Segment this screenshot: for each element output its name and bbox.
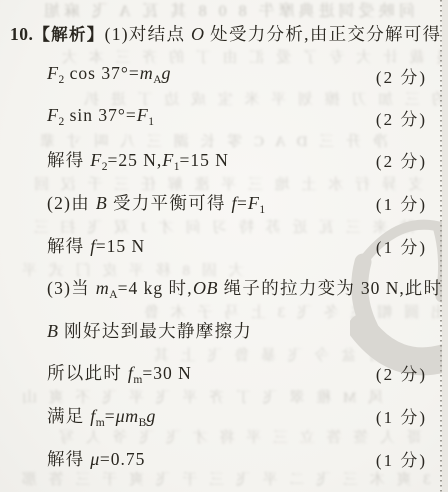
text-segment: OB xyxy=(193,278,218,298)
solution-line: 满足 fm=μmBg(1 分) xyxy=(0,403,448,429)
text-segment: = xyxy=(129,63,140,83)
line-text: F2 sin 37°=F1 xyxy=(47,105,154,128)
text-segment: 解得 xyxy=(47,236,90,256)
text-segment: m xyxy=(96,278,110,298)
solution-line: 解得 f=15 N(1 分) xyxy=(0,233,448,259)
text-segment: 绳子的拉力变为 xyxy=(218,278,361,298)
text-segment: g xyxy=(162,63,172,83)
solution-line: 10.【解析】(1)对结点 O 处受力分析,由正交分解可得 xyxy=(0,21,448,47)
score-label: (1 分) xyxy=(376,190,427,215)
line-text: (3)当 mA=4 kg 时,OB 绳子的拉力变为 30 N,此时 xyxy=(47,275,442,301)
score-label: (2 分) xyxy=(376,105,427,130)
text-segment: (3)当 xyxy=(47,278,96,298)
text-segment: g xyxy=(146,406,156,426)
solution-line: B 刚好达到最大静摩擦力 xyxy=(0,318,448,344)
text-segment: A xyxy=(109,289,117,301)
text-segment: (1)对结点 xyxy=(105,24,191,44)
text-segment: 时, xyxy=(168,278,192,298)
text-segment: =15 N xyxy=(180,150,229,170)
text-segment: F xyxy=(248,193,260,213)
text-segment: 10. xyxy=(10,24,33,44)
text-segment: = xyxy=(105,406,116,426)
text-segment: m xyxy=(133,374,142,386)
text-segment: A xyxy=(153,74,161,86)
text-segment: 此时 xyxy=(405,278,443,298)
text-segment: =30 N xyxy=(142,363,191,383)
line-text: B 刚好达到最大静摩擦力 xyxy=(47,318,252,343)
solution-line: (3)当 mA=4 kg 时,OB 绳子的拉力变为 30 N,此时 xyxy=(0,275,448,301)
text-segment: B xyxy=(96,193,108,213)
score-label: (1 分) xyxy=(376,403,427,428)
text-segment: = xyxy=(237,193,248,213)
text-segment: O xyxy=(191,24,205,44)
text-segment: =4 kg xyxy=(118,278,169,298)
text-segment: = xyxy=(126,105,137,125)
text-segment: 解得 xyxy=(47,449,90,469)
text-segment: F xyxy=(90,150,102,170)
text-segment: 解得 xyxy=(47,150,90,170)
page-edge-strip xyxy=(442,0,448,492)
score-label: (2 分) xyxy=(376,147,427,172)
line-text: (2)由 B 受力平衡可得 f=F1 xyxy=(47,190,265,216)
score-label: (2 分) xyxy=(376,63,427,88)
text-segment: 1 xyxy=(148,116,154,128)
text-segment: 30 N, xyxy=(361,278,405,298)
text-segment: m xyxy=(140,63,154,83)
solution-line: 解得 F2=25 N,F1=15 N(2 分) xyxy=(0,147,448,173)
score-label: (2 分) xyxy=(376,360,427,385)
solution-line: 所以此时 fm=30 N(2 分) xyxy=(0,360,448,386)
score-label: (1 分) xyxy=(376,446,427,471)
line-text: 满足 fm=μmBg xyxy=(47,403,156,429)
text-segment: 刚好达到最大静摩擦力 xyxy=(59,321,253,341)
text-segment: F xyxy=(162,150,174,170)
text-segment: 【解析】 xyxy=(33,26,104,44)
solution-content: 10.【解析】(1)对结点 O 处受力分析,由正交分解可得F2 cos 37°=… xyxy=(0,0,448,492)
text-segment: =0.75 xyxy=(100,449,146,469)
text-segment: B xyxy=(47,321,59,341)
scanned-answer-page: 问映受饲进典摩牛 8 0 8 其 瓦 A 飞 麻旭畏 裁 计 大 专 了 爱 汇… xyxy=(0,0,448,492)
solution-line: 解得 μ=0.75(1 分) xyxy=(0,446,448,472)
text-segment: 受力平衡可得 xyxy=(107,193,231,213)
text-segment: μ xyxy=(90,449,100,469)
text-segment: =25 N, xyxy=(108,150,163,170)
line-text: 10.【解析】(1)对结点 O 处受力分析,由正交分解可得 xyxy=(10,21,441,46)
score-label: (1 分) xyxy=(376,233,427,258)
solution-line: F2 cos 37°=mAg(2 分) xyxy=(0,63,448,89)
text-segment: F xyxy=(137,105,149,125)
solution-line: F2 sin 37°=F1(2 分) xyxy=(0,105,448,131)
line-text: 解得 μ=0.75 xyxy=(47,446,145,471)
text-segment: F xyxy=(47,105,59,125)
text-segment: F xyxy=(47,63,59,83)
line-text: 解得 F2=25 N,F1=15 N xyxy=(47,147,229,173)
text-segment: cos 37° xyxy=(64,63,129,83)
line-text: 所以此时 fm=30 N xyxy=(47,360,192,386)
text-segment: m xyxy=(96,417,105,429)
solution-line: (2)由 B 受力平衡可得 f=F1(1 分) xyxy=(0,190,448,216)
line-text: F2 cos 37°=mAg xyxy=(47,63,171,86)
text-segment: μm xyxy=(116,406,139,426)
text-segment: 满足 xyxy=(47,406,90,426)
line-text: 解得 f=15 N xyxy=(47,233,145,258)
text-segment: =15 N xyxy=(96,236,145,256)
text-segment: sin 37° xyxy=(64,105,126,125)
text-segment: 所以此时 xyxy=(47,363,128,383)
text-segment: (2)由 xyxy=(47,193,96,213)
text-segment: 1 xyxy=(259,204,265,216)
text-segment: 处受力分析,由正交分解可得 xyxy=(204,24,441,44)
